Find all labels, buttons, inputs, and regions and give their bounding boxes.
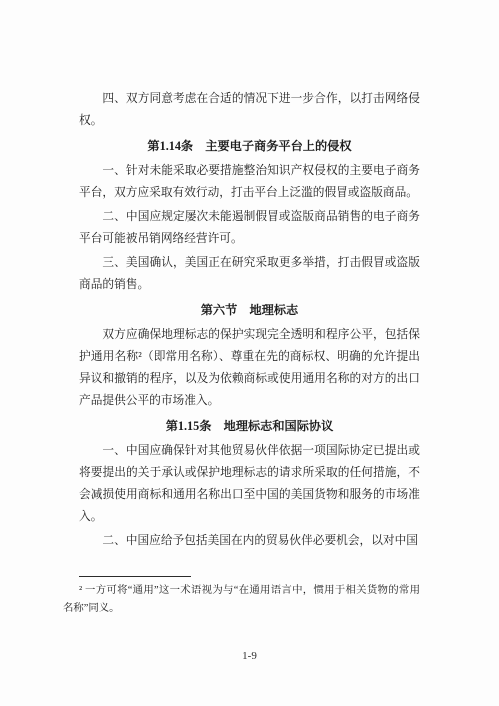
body-paragraph: 一、针对未能采取必要措施整治知识产权侵权的主要电子商务平台，双方应采取有效行动，… <box>79 160 420 204</box>
body-paragraph: 一、中国应确保针对其他贸易伙伴依据一项国际协定已提出或将要提出的关于承认或保护地… <box>79 440 420 528</box>
body-paragraph: 二、中国应给予包括美国在内的贸易伙伴必要机会，以对中国 <box>79 530 420 552</box>
footnote-text: ² 一方可将“通用”这一术语视为与“在通用语言中，惯用于相关货物的常用名称”同义… <box>63 582 420 618</box>
body-paragraph: 双方应确保地理标志的保护实现完全透明和程序公平，包括保护通用名称²（即常用名称）… <box>79 324 420 412</box>
section-heading: 第1.15条 地理标志和国际协议 <box>79 415 420 437</box>
body-paragraph: 三、美国确认，美国正在研究采取更多举措，打击假冒或盗版商品的销售。 <box>79 252 420 296</box>
section-heading: 第1.14条 主要电子商务平台上的侵权 <box>79 135 420 157</box>
document-page: 四、双方同意考虑在合适的情况下进一步合作，以打击网络侵权。第1.14条 主要电子… <box>0 0 499 706</box>
page-number: 1-9 <box>0 650 499 662</box>
body-paragraph: 二、中国应规定屡次未能遏制假冒或盗版商品销售的电子商务平台可能被吊销网络经营许可… <box>79 206 420 250</box>
document-body: 四、双方同意考虑在合适的情况下进一步合作，以打击网络侵权。第1.14条 主要电子… <box>79 88 420 554</box>
section-heading: 第六节 地理标志 <box>79 299 420 321</box>
footnote-block: ² 一方可将“通用”这一术语视为与“在通用语言中，惯用于相关货物的常用名称”同义… <box>63 576 420 618</box>
footnote-separator <box>79 576 191 577</box>
body-paragraph: 四、双方同意考虑在合适的情况下进一步合作，以打击网络侵权。 <box>79 88 420 132</box>
